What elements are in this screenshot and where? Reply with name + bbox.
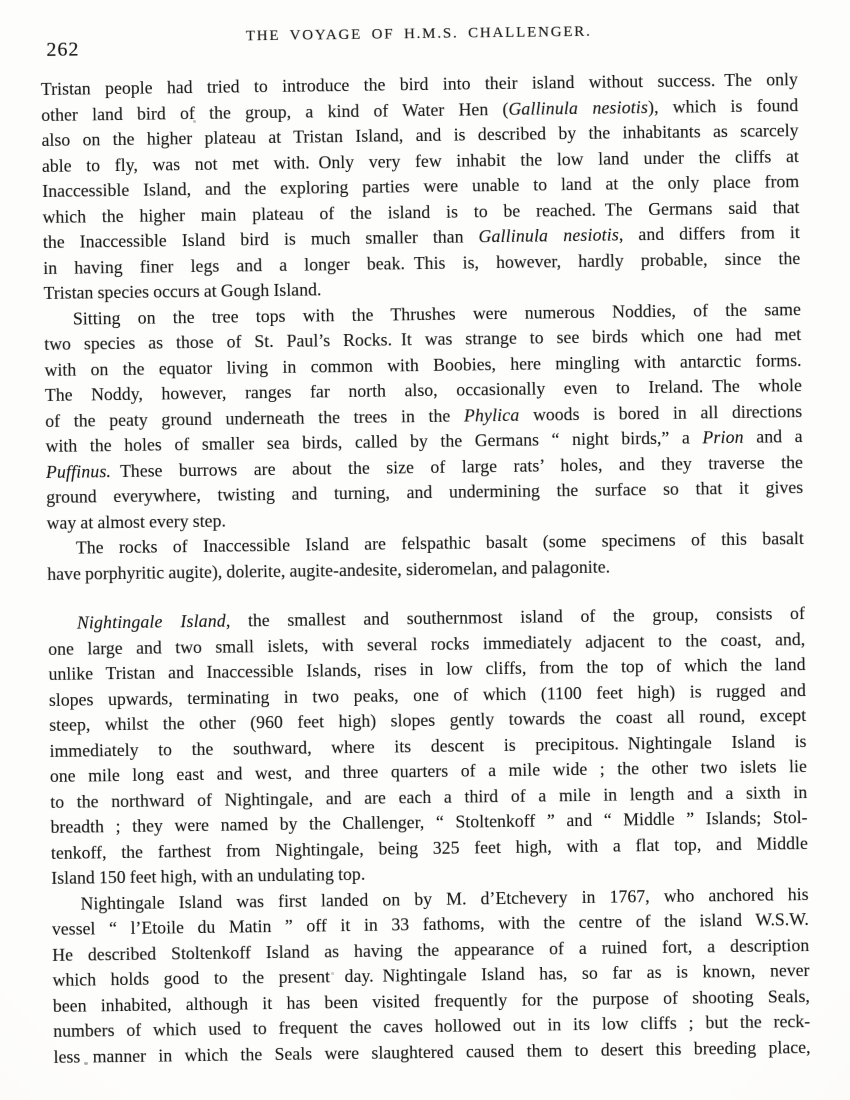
- text-segment: way at almost every step.: [46, 510, 226, 532]
- text-segment: and a: [744, 426, 803, 447]
- text-segment: , the smallest and southernmost island o…: [226, 603, 805, 631]
- text-segment: the Inaccessible Island bird is much sma…: [43, 226, 479, 252]
- running-head: 262 THE VOYAGE OF H.M.S. CHALLENGER.: [40, 19, 797, 63]
- text-segment: woods is bored in all directions: [519, 401, 802, 425]
- italic-text-segment: Gallinula nesiotis: [478, 224, 619, 246]
- text-segment: other land bird of the group, a kind of …: [41, 98, 508, 124]
- italic-text-segment: Prion: [702, 427, 744, 448]
- scan-speckle: [193, 120, 196, 123]
- page-body: Tristan people had tried to introduce th…: [41, 67, 811, 1070]
- italic-text-segment: Puffinus.: [46, 461, 111, 482]
- italic-text-segment: Gallinula nesiotis: [508, 97, 648, 119]
- text-segment: Island 150 feet high, with an undulating…: [51, 864, 365, 888]
- italic-text-segment: Phylica: [464, 404, 520, 425]
- text-segment: , and differs from it: [619, 222, 800, 244]
- scan-speckle: [331, 972, 334, 975]
- italic-text-segment: Nightingale Island: [77, 611, 226, 633]
- text-segment: have porphyritic augite), dolerite, augi…: [47, 556, 610, 583]
- running-title: THE VOYAGE OF H.M.S. CHALLENGER.: [40, 21, 797, 48]
- text-segment: of the peaty ground underneath the trees…: [45, 405, 464, 430]
- scan-tilt-wrapper: 262 THE VOYAGE OF H.M.S. CHALLENGER. Tri…: [0, 0, 850, 1100]
- scan-speckle: [84, 1062, 88, 1065]
- book-page-scan: 262 THE VOYAGE OF H.M.S. CHALLENGER. Tri…: [0, 0, 850, 1100]
- text-segment: ), which is found: [648, 95, 798, 117]
- text-segment: Tristan species occurs at Gough Island.: [43, 279, 321, 303]
